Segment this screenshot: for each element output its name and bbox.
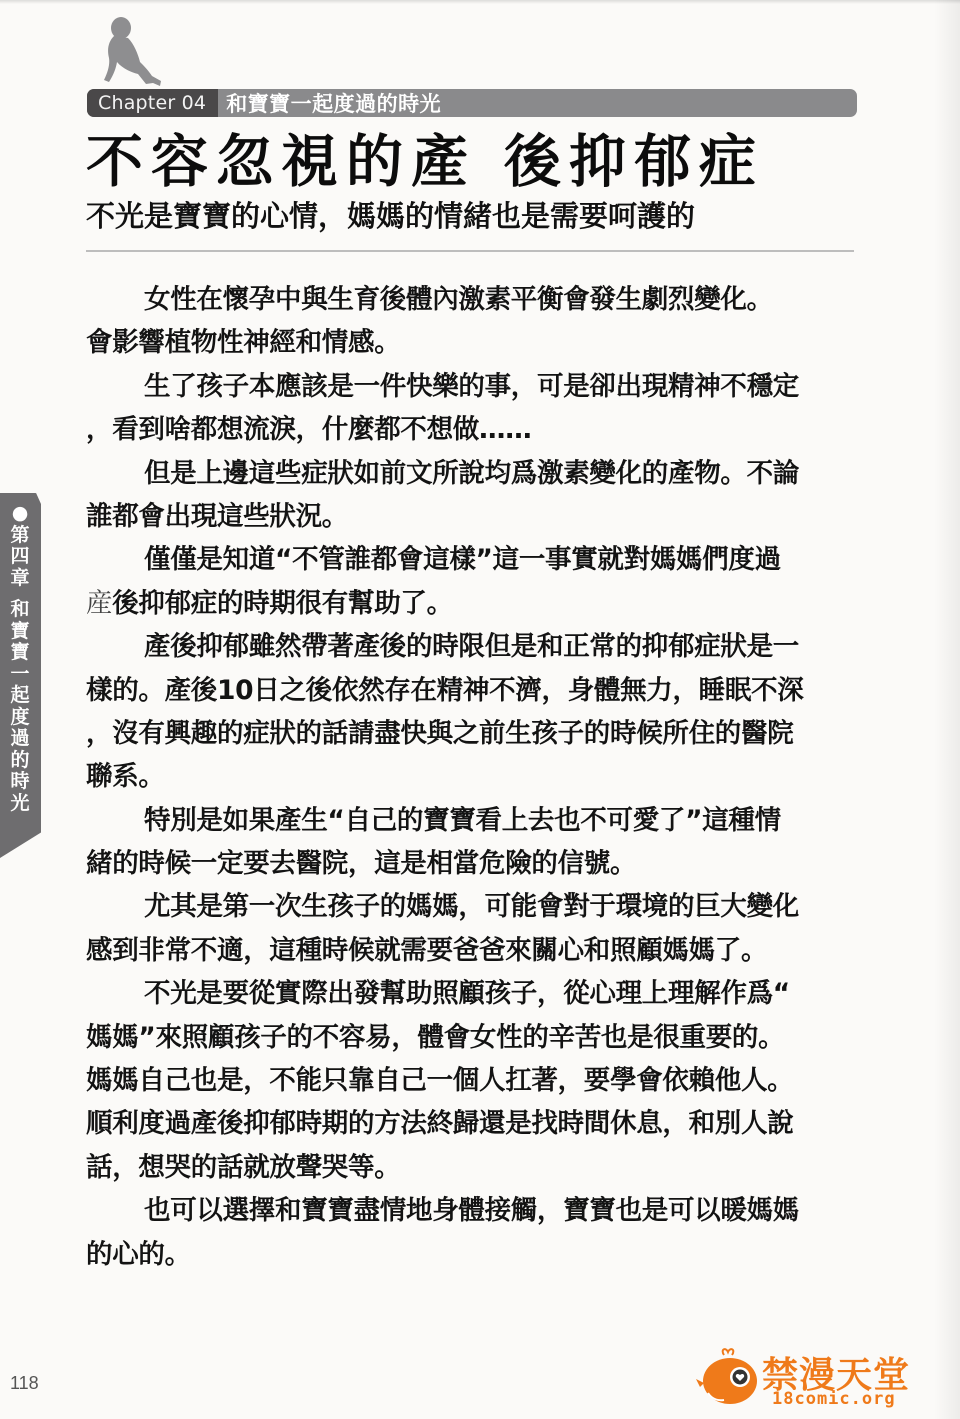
chapter-header-bar: Chapter 04 和寶寶一起度過的時光 bbox=[87, 89, 857, 117]
body-line: 會影響植物性神經和情感。 bbox=[86, 321, 866, 364]
side-tab-char: 四 bbox=[5, 546, 35, 568]
chapter-side-tab-text: ● 第 四 章 和 寶 寶 一 起 度 過 的 時 光 bbox=[5, 503, 35, 814]
side-tab-char: 過 bbox=[5, 728, 35, 750]
body-line: 順利度過產後抑郁時期的方法終歸還是找時間休息，和別人說 bbox=[86, 1102, 866, 1145]
body-line-rest: 後抑郁症的時期很有幫助了。 bbox=[112, 588, 453, 619]
body-line: 媽媽”來照顧孩子的不容易，體會女性的辛苦也是很重要的。 bbox=[86, 1016, 866, 1059]
whale-mascot-icon bbox=[694, 1347, 762, 1409]
baby-silhouette-icon bbox=[100, 14, 162, 86]
body-line: 女性在懷孕中與生育後體內激素平衡會發生劇烈變化。 bbox=[86, 278, 866, 321]
body-line: 僅僅是知道“不管誰都會這樣”這一事實就對媽媽們度過 bbox=[86, 538, 866, 581]
page-gutter-shadow bbox=[934, 0, 960, 1419]
watermark-logo[interactable]: 禁漫天堂 18comic.org bbox=[694, 1343, 924, 1413]
side-tab-char: 寶 bbox=[5, 621, 35, 643]
page-top-shadow bbox=[0, 0, 960, 4]
body-line: 樣的。產後10日之後依然存在精神不濟，身體無力，睡眠不深 bbox=[86, 669, 866, 712]
body-line: 産後抑郁症的時期很有幫助了。 bbox=[86, 582, 866, 625]
body-line: 話，想哭的話就放聲哭等。 bbox=[86, 1146, 866, 1189]
body-line: ，沒有興趣的症狀的話請盡快與之前生孩子的時候所住的醫院 bbox=[86, 712, 866, 755]
side-tab-char: 光 bbox=[5, 793, 35, 815]
side-tab-char: 第 bbox=[5, 525, 35, 547]
bullet-icon: ● bbox=[5, 503, 35, 525]
body-line: 產後抑郁雖然帶著產後的時限但是和正常的抑郁症狀是一 bbox=[86, 625, 866, 668]
body-line: 不光是要從實際出發幫助照顧孩子，從心理上理解作爲“ bbox=[86, 972, 866, 1015]
article-subtitle: 不光是寶寶的心情，媽媽的情緒也是需要呵護的 bbox=[86, 196, 856, 236]
side-tab-char: 起 bbox=[5, 685, 35, 707]
side-tab-char: 度 bbox=[5, 707, 35, 729]
body-line: 尤其是第一次生孩子的媽媽，可能會對于環境的巨大變化 bbox=[86, 885, 866, 928]
side-tab-char: 和 bbox=[5, 599, 35, 621]
watermark-url: 18comic.org bbox=[772, 1389, 896, 1409]
page-number: 118 bbox=[10, 1373, 39, 1394]
body-line: 媽媽自己也是，不能只靠自己一個人扛著，要學會依賴他人。 bbox=[86, 1059, 866, 1102]
article-body: 女性在懷孕中與生育後體內激素平衡會發生劇烈變化。 會影響植物性神經和情感。 生了… bbox=[86, 278, 866, 1276]
chapter-number-label: Chapter 04 bbox=[87, 89, 218, 117]
body-line: 但是上邊這些症狀如前文所說均爲激素變化的產物。不論 bbox=[86, 452, 866, 495]
body-line: 特別是如果產生“自己的寶寶看上去也不可愛了”這種情 bbox=[86, 799, 866, 842]
side-tab-char: 寶 bbox=[5, 642, 35, 664]
title-divider bbox=[86, 250, 854, 252]
body-line-prefix: 産 bbox=[86, 588, 112, 619]
side-tab-char: 的 bbox=[5, 750, 35, 772]
body-line: 也可以選擇和寶寶盡情地身體接觸，寶寶也是可以暖媽媽 bbox=[86, 1189, 866, 1232]
body-line: 緒的時候一定要去醫院，這是相當危險的信號。 bbox=[86, 842, 866, 885]
article-title: 不容忽視的產 後抑郁症 bbox=[86, 128, 846, 196]
chapter-title: 和寶寶一起度過的時光 bbox=[218, 89, 441, 117]
body-line: 感到非常不適，這種時候就需要爸爸來關心和照顧媽媽了。 bbox=[86, 929, 866, 972]
body-line: 生了孩子本應該是一件快樂的事，可是卻出現精神不穩定 bbox=[86, 365, 866, 408]
body-line: 的心的。 bbox=[86, 1233, 866, 1276]
side-tab-char: 時 bbox=[5, 771, 35, 793]
side-tab-char: 一 bbox=[5, 664, 35, 686]
body-line: 誰都會出現這些狀況。 bbox=[86, 495, 866, 538]
body-line: 聯系。 bbox=[86, 755, 866, 798]
side-tab-char: 章 bbox=[5, 568, 35, 590]
body-line: ，看到啥都想流淚，什麼都不想做…… bbox=[86, 408, 866, 451]
